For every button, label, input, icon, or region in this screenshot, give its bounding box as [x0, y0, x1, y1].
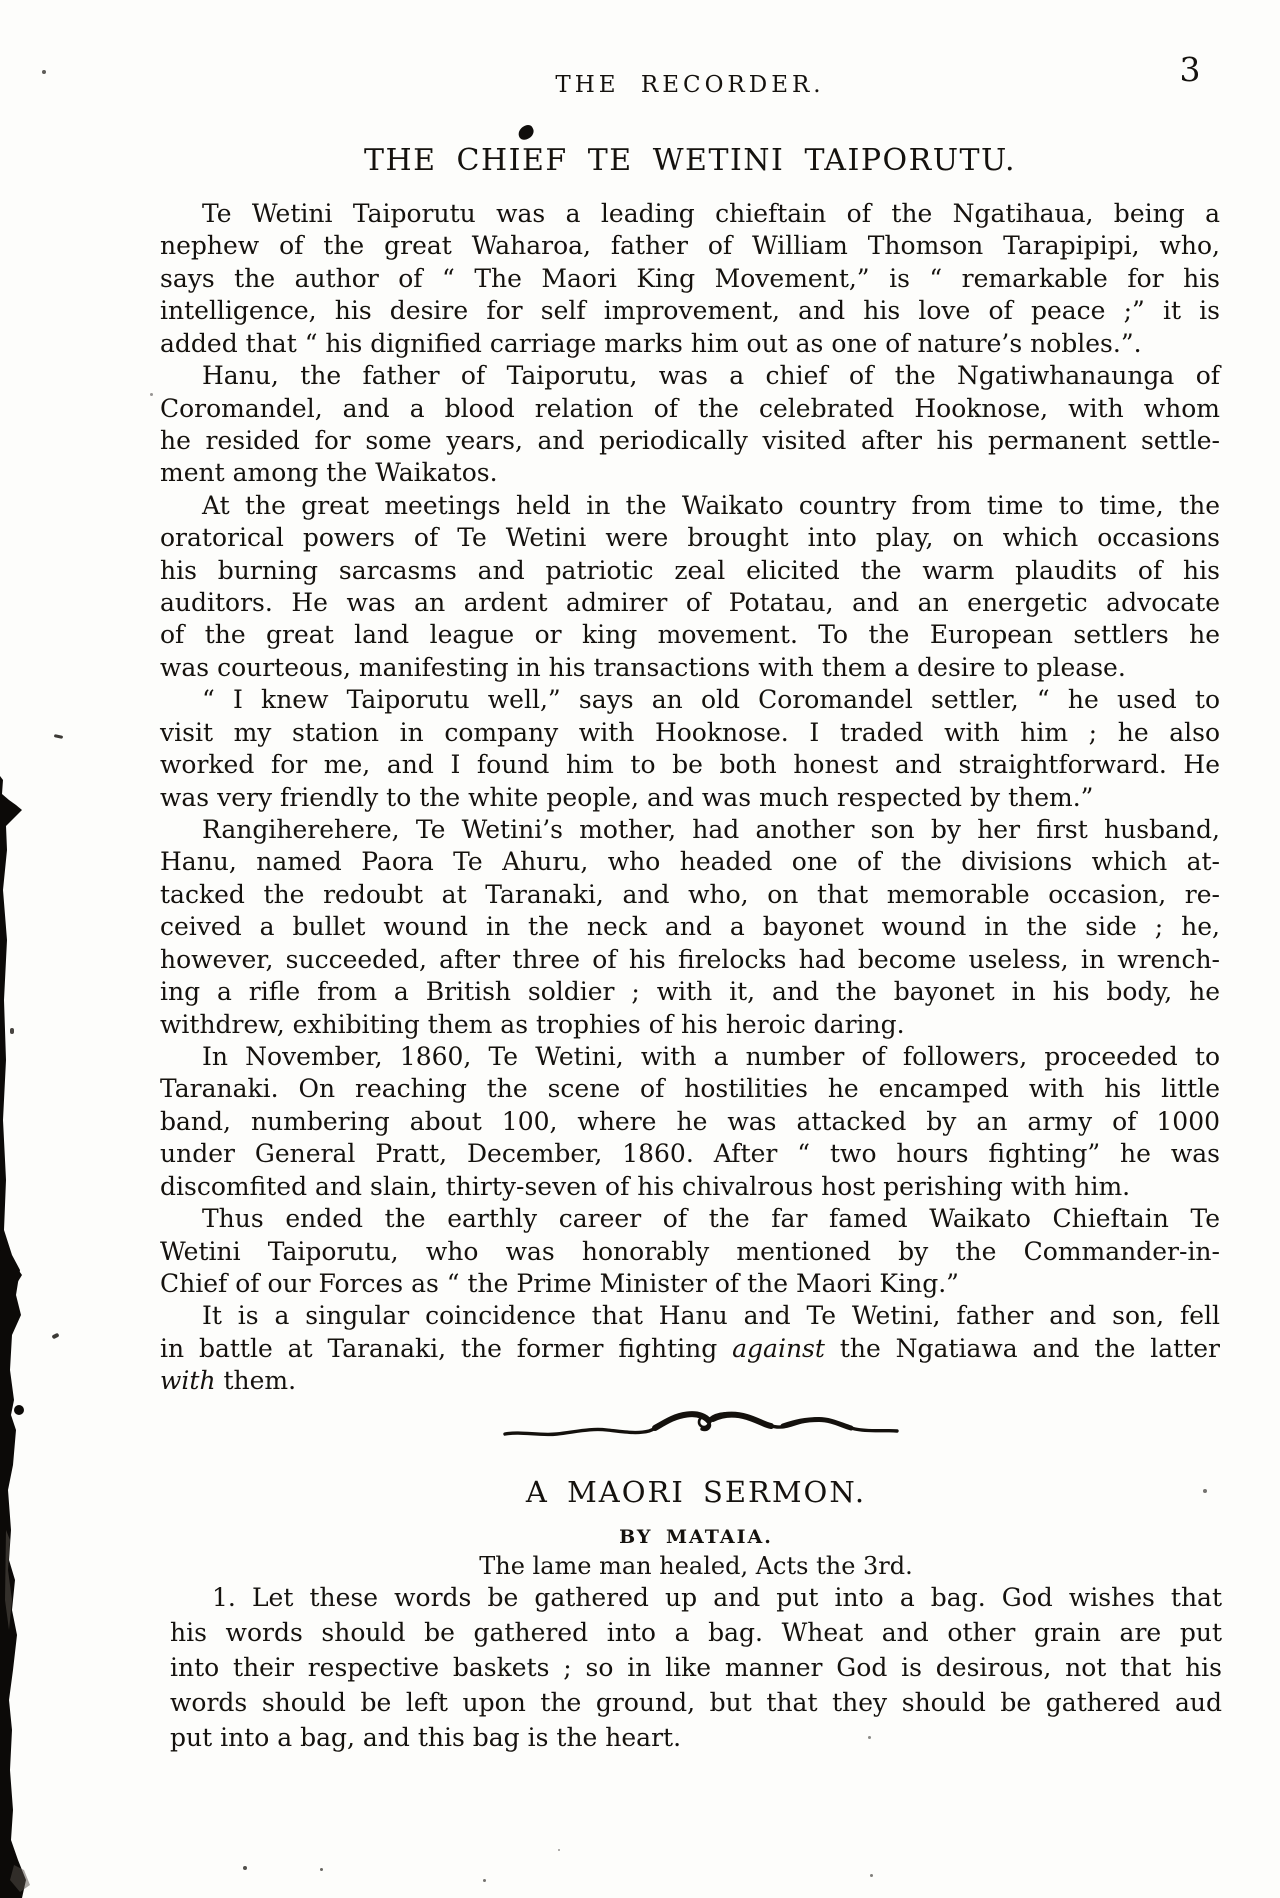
text-line: band, numbering about 100, where he was … — [160, 1106, 1220, 1138]
text-line: however, succeeded, after three of his f… — [160, 944, 1220, 976]
text-line: Rangiherehere, Te Wetini’s mother, had a… — [160, 814, 1220, 846]
ink-speck — [558, 1849, 560, 1851]
text-line: words should be left upon the ground, bu… — [170, 1685, 1222, 1720]
sermon-byline: BY MATAIA. — [170, 1526, 1222, 1548]
text-line: withdrew, exhibiting them as trophies of… — [160, 1009, 1220, 1041]
sermon-subtitle: The lame man healed, Acts the 3rd. — [170, 1552, 1222, 1580]
text-line: he resided for some years, and periodica… — [160, 425, 1220, 457]
text-line: Taranaki. On reaching the scene of hosti… — [160, 1073, 1220, 1105]
ink-speck — [42, 70, 46, 74]
text-line: At the great meetings held in the Waikat… — [160, 490, 1220, 522]
text-line: in battle at Taranaki, the former fighti… — [160, 1333, 1220, 1365]
paragraph: It is a singular coincidence that Hanu a… — [160, 1300, 1220, 1397]
text-line: 1. Let these words be gathered up and pu… — [170, 1580, 1222, 1615]
text-line: Te Wetini Taiporutu was a leading chieft… — [160, 198, 1220, 230]
running-title: THE RECORDER. — [160, 72, 1220, 98]
ink-speck — [51, 1333, 59, 1340]
ink-speck — [870, 1874, 873, 1877]
text-line: tacked the redoubt at Taranaki, and who,… — [160, 879, 1220, 911]
sermon-title: A MAORI SERMON. — [170, 1476, 1222, 1509]
text-line: Hanu, the father of Taiporutu, was a chi… — [160, 360, 1220, 392]
ink-speck — [54, 734, 63, 739]
text-line: ing a rifle from a British soldier ; wit… — [160, 976, 1220, 1008]
text-line: auditors. He was an ardent admirer of Po… — [160, 587, 1220, 619]
ink-speck — [320, 1868, 323, 1871]
text-line: visit my station in company with Hooknos… — [160, 717, 1220, 749]
page-number: 3 — [1150, 52, 1230, 88]
text-line: worked for me, and I found him to be bot… — [160, 749, 1220, 781]
text-line: of the great land league or king movemen… — [160, 619, 1220, 651]
text-line: intelligence, his desire for self improv… — [160, 295, 1220, 327]
text-line: “ I knew Taiporutu well,” says an old Co… — [160, 684, 1220, 716]
text-line: oratorical powers of Te Wetini were brou… — [160, 522, 1220, 554]
ink-speck — [150, 393, 153, 396]
text-line: ceived a bullet wound in the neck and a … — [160, 911, 1220, 943]
text-line: discomfited and slain, thirty-seven of h… — [160, 1171, 1220, 1203]
text-line: Chief of our Forces as “ the Prime Minis… — [160, 1268, 1220, 1300]
divider-flourish — [503, 1406, 899, 1450]
paragraph: 1. Let these words be gathered up and pu… — [170, 1580, 1222, 1755]
text-line: It is a singular coincidence that Hanu a… — [160, 1300, 1220, 1332]
ink-speck — [483, 1879, 486, 1882]
article-body: Te Wetini Taiporutu was a leading chieft… — [160, 198, 1220, 1398]
text-line: under General Pratt, December, 1860. Aft… — [160, 1138, 1220, 1170]
text-line: Thus ended the earthly career of the far… — [160, 1203, 1220, 1235]
paragraph: At the great meetings held in the Waikat… — [160, 490, 1220, 685]
text-line: his burning sarcasms and patriotic zeal … — [160, 555, 1220, 587]
ink-blot — [516, 123, 536, 142]
ink-speck — [868, 1736, 871, 1739]
paragraph: Thus ended the earthly career of the far… — [160, 1203, 1220, 1300]
text-line: ment among the Waikatos. — [160, 457, 1220, 489]
text-line: Hanu, named Paora Te Ahuru, who headed o… — [160, 846, 1220, 878]
text-line: says the author of “ The Maori King Move… — [160, 263, 1220, 295]
ink-speck — [1203, 1489, 1207, 1493]
text-line: Coromandel, and a blood relation of the … — [160, 393, 1220, 425]
article-title: THE CHIEF TE WETINI TAIPORUTU. — [160, 144, 1220, 178]
text-line: his words should be gathered into a bag.… — [170, 1615, 1222, 1650]
document-page: THE RECORDER. 3 THE CHIEF TE WETINI TAIP… — [0, 0, 1280, 1898]
paragraph: Te Wetini Taiporutu was a leading chieft… — [160, 198, 1220, 360]
text-line: put into a bag, and this bag is the hear… — [170, 1720, 1222, 1755]
binding-edge-artifact — [0, 770, 34, 1898]
sermon-body: 1. Let these words be gathered up and pu… — [170, 1580, 1222, 1755]
paragraph: “ I knew Taiporutu well,” says an old Co… — [160, 684, 1220, 814]
paragraph: In November, 1860, Te Wetini, with a num… — [160, 1041, 1220, 1203]
text-line: In November, 1860, Te Wetini, with a num… — [160, 1041, 1220, 1073]
text-line: into their respective baskets ; so in li… — [170, 1650, 1222, 1685]
paragraph: Rangiherehere, Te Wetini’s mother, had a… — [160, 814, 1220, 1041]
text-line: nephew of the great Waharoa, father of W… — [160, 230, 1220, 262]
text-line: with them. — [160, 1365, 1220, 1397]
text-line: Wetini Taiporutu, who was honorably ment… — [160, 1236, 1220, 1268]
text-line: added that “ his dignified carriage mark… — [160, 328, 1220, 360]
paragraph: Hanu, the father of Taiporutu, was a chi… — [160, 360, 1220, 490]
text-line: was very friendly to the white people, a… — [160, 782, 1220, 814]
ink-speck — [10, 1028, 14, 1034]
text-line: was courteous, manifesting in his transa… — [160, 652, 1220, 684]
ink-speck — [243, 1866, 247, 1870]
